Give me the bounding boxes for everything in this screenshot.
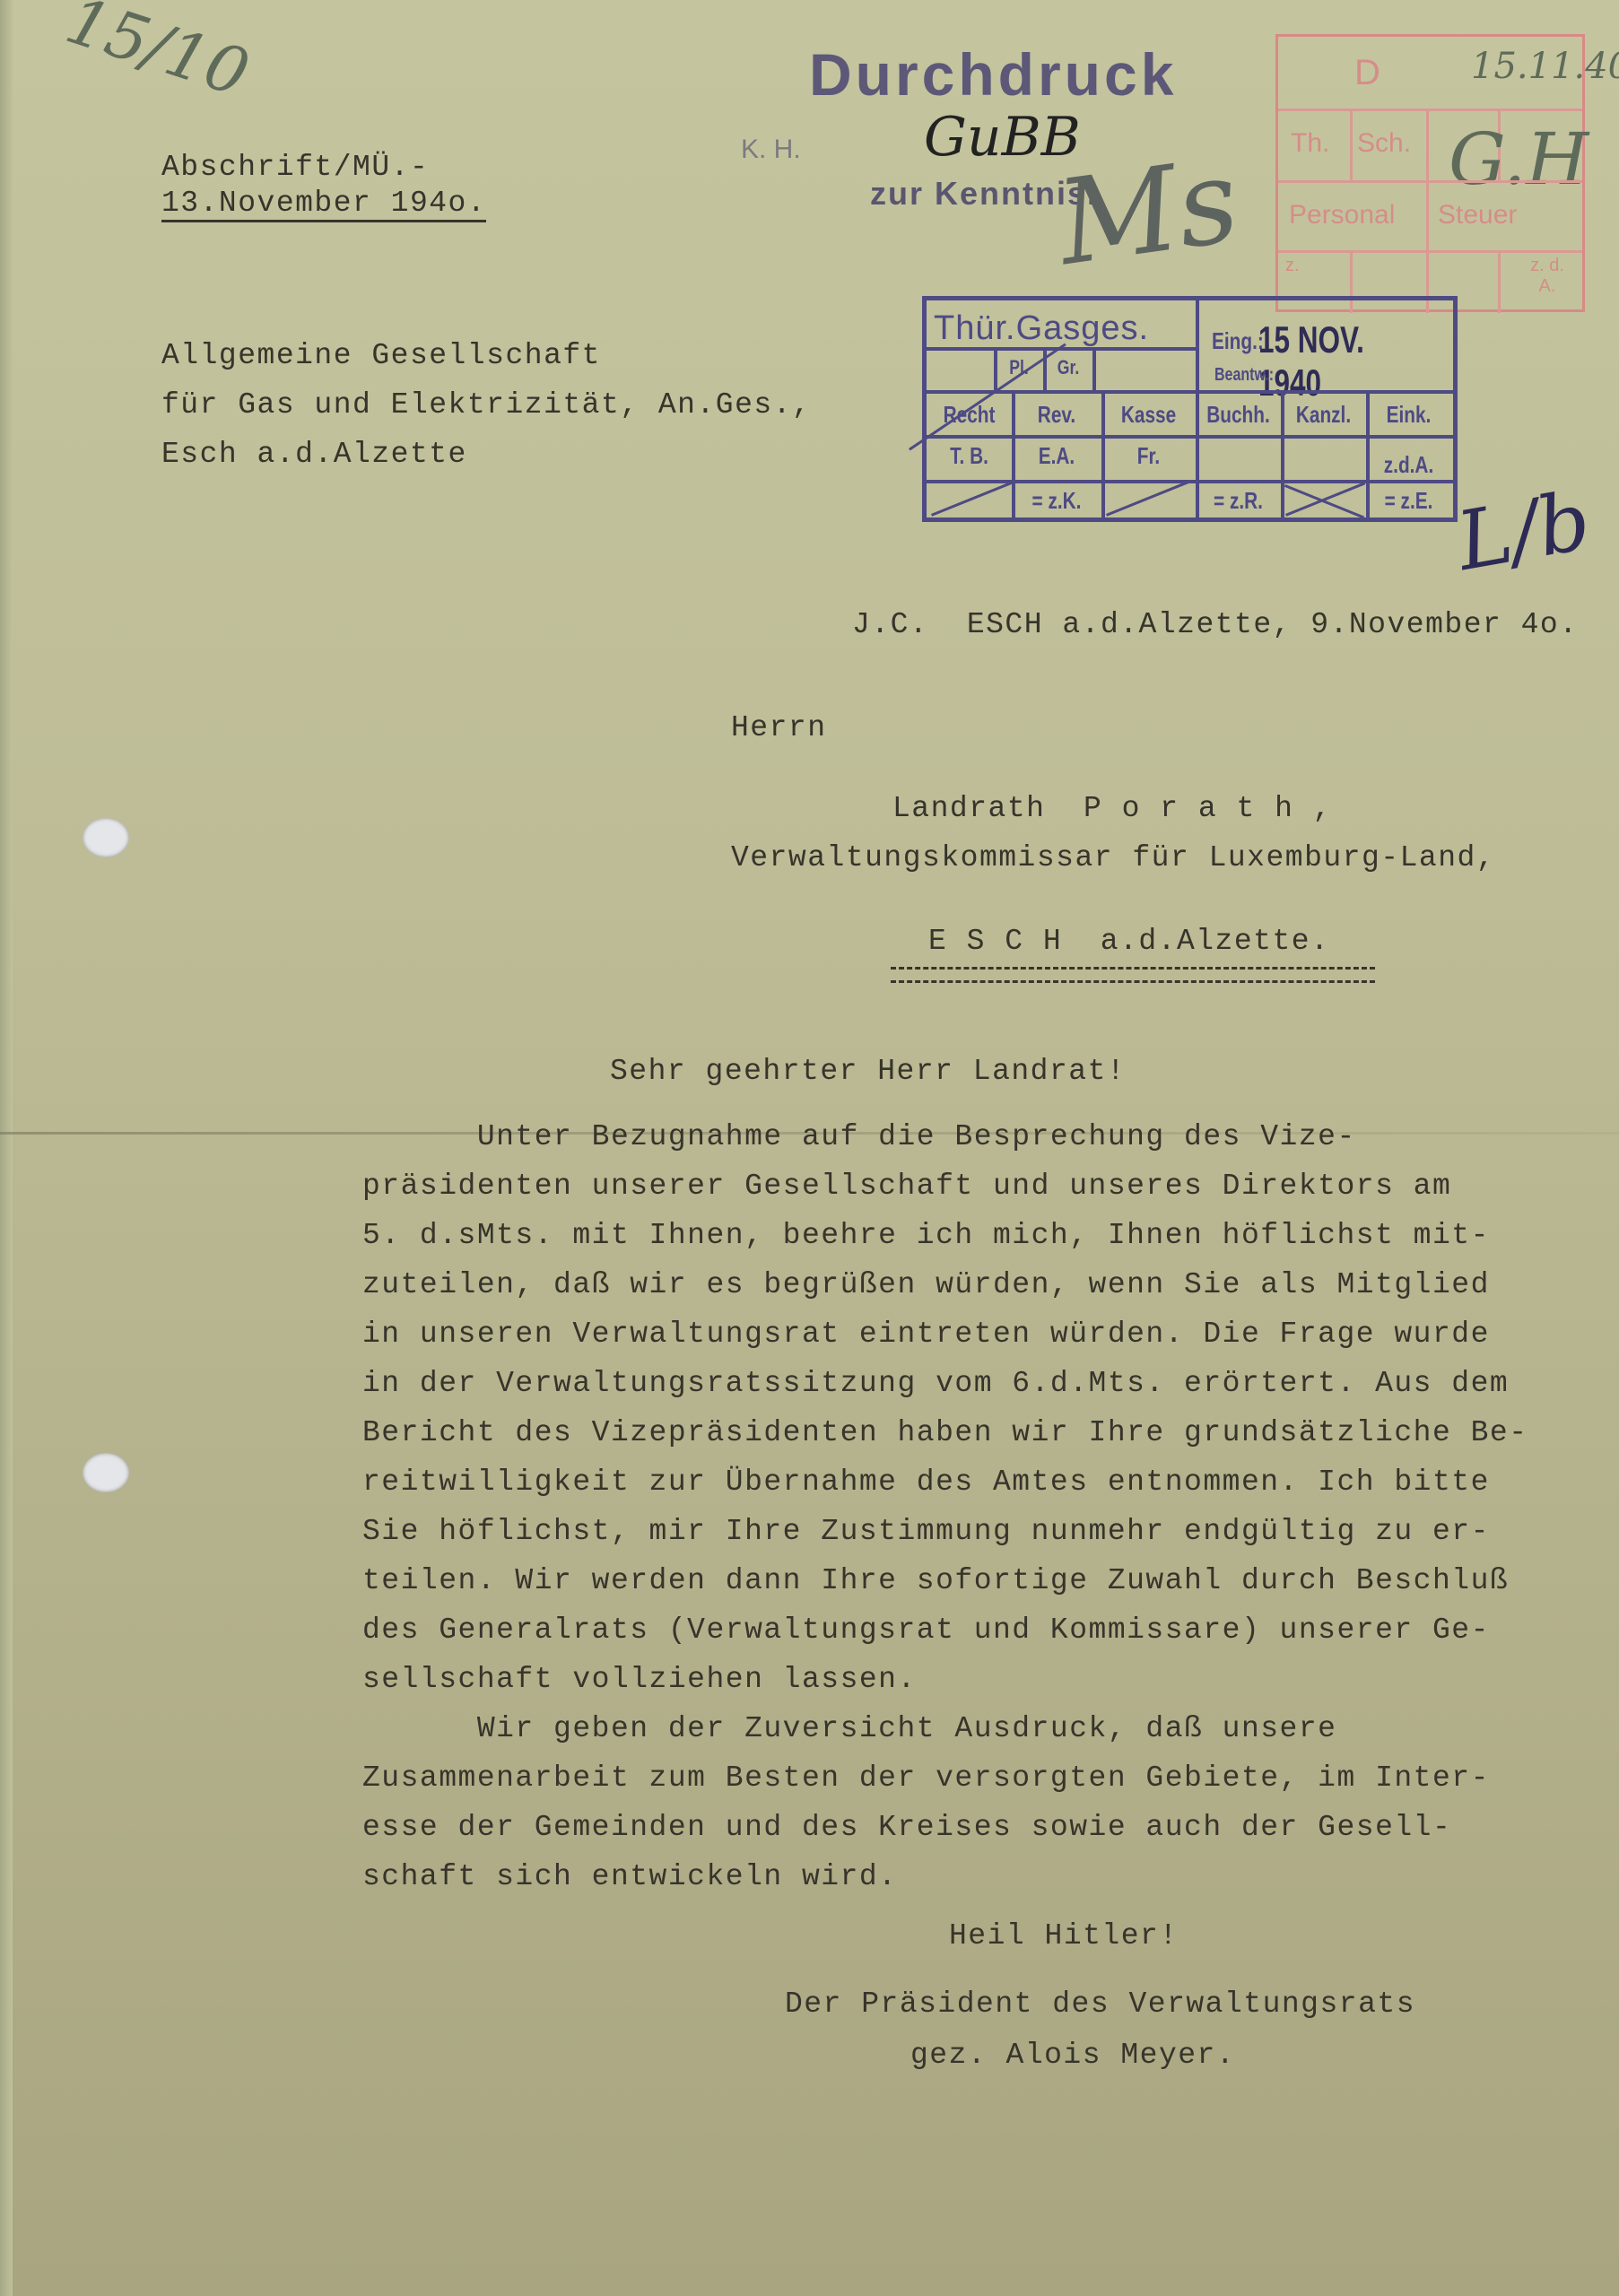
receipt-sub-fr: Fr. xyxy=(1111,442,1187,470)
body-line: reitwilligkeit zur Übernahme des Amtes e… xyxy=(362,1457,1591,1507)
recipient-salutation: Herrn xyxy=(731,713,827,743)
body-line: Bericht des Vizepräsidenten haben wir Ih… xyxy=(362,1408,1591,1457)
body-line: Wir geben der Zuversicht Ausdruck, daß u… xyxy=(362,1704,1591,1753)
dateline: J.C. ESCH a.d.Alzette, 9.November 4o. xyxy=(852,610,1579,639)
paper-edge xyxy=(0,0,13,2296)
body-line: esse der Gemeinden und des Kreises sowie… xyxy=(362,1803,1591,1852)
receipt-dept-kasse: Kasse xyxy=(1111,401,1187,429)
body-line: teilen. Wir werden dann Ihre sofortige Z… xyxy=(362,1556,1591,1605)
pencil-signoff: Ms xyxy=(1049,132,1246,291)
receipt-route-ze: = z.E. xyxy=(1375,487,1443,515)
red-stamp-cell-z: z. xyxy=(1285,256,1300,276)
body-line: 5. d.sMts. mit Ihnen, beehre ich mich, I… xyxy=(362,1211,1591,1260)
receipt-dept-buchh: Buchh. xyxy=(1205,401,1273,429)
red-stamp-cell-zda: z. d. A. xyxy=(1520,256,1574,297)
address-double-underline xyxy=(891,967,1375,983)
red-stamp-cell-th: Th. xyxy=(1291,128,1329,159)
signature: gez. Alois Meyer. xyxy=(910,2040,1235,2070)
carbon-copy-stamp-title: Durchdruck xyxy=(809,40,1177,109)
body-line: Unter Bezugnahme auf die Besprechung des… xyxy=(362,1112,1591,1161)
body-line: sellschaft vollziehen lassen. xyxy=(362,1655,1591,1704)
pencil-initials: G.H xyxy=(1449,117,1589,201)
receipt-stamp: Thür.Gasges. Eing.: 15 NOV. 1940 Beantw.… xyxy=(922,296,1458,522)
red-registry-stamp: D 15.11.40 Th. Sch. G.H Personal Steuer … xyxy=(1275,34,1585,312)
receipt-route-zr: = z.R. xyxy=(1205,487,1273,515)
receipt-sub-zda: z.d.A. xyxy=(1375,451,1443,479)
sender-line-1: Allgemeine Gesellschaft xyxy=(161,341,601,370)
pencil-date: 15.11.40 xyxy=(1471,46,1619,87)
sender-line-3: Esch a.d.Alzette xyxy=(161,439,467,469)
kh-label: K. H. xyxy=(741,135,801,165)
ink-margin-note: L/b xyxy=(1450,474,1597,589)
receipt-dept-kanzl: Kanzl. xyxy=(1290,401,1358,429)
receipt-answered-label: Beantw.: xyxy=(1214,365,1293,386)
receipt-dept-eink: Eink. xyxy=(1375,401,1443,429)
sender-line-2: für Gas und Elektrizität, An.Ges., xyxy=(161,390,811,420)
receipt-route-zk: = z.K. xyxy=(1021,487,1092,515)
receipt-sub-ea: E.A. xyxy=(1021,442,1092,470)
greeting: Sehr geehrter Herr Landrat! xyxy=(610,1057,1126,1086)
body-line: zuteilen, daß wir es begrüßen würden, we… xyxy=(362,1260,1591,1309)
red-stamp-top-label: D xyxy=(1354,53,1380,93)
punch-hole-top xyxy=(83,818,129,857)
red-stamp-cell-sch: Sch. xyxy=(1357,128,1411,159)
body-line: Zusammenarbeit zum Besten der versorgten… xyxy=(362,1753,1591,1803)
copy-date: 13.November 194o. xyxy=(161,188,486,222)
body-line: des Generalrats (Verwaltungsrat und Komm… xyxy=(362,1605,1591,1655)
body-line: in der Verwaltungsratssitzung vom 6.d.Mt… xyxy=(362,1359,1591,1408)
body-line: Sie höflichst, mir Ihre Zustimmung nunme… xyxy=(362,1507,1591,1556)
body-line: präsidenten unserer Gesellschaft und uns… xyxy=(362,1161,1591,1211)
receipt-dept-rev: Rev. xyxy=(1021,401,1092,429)
punch-hole-bottom xyxy=(83,1453,129,1492)
recipient-name: Landrath P o r a t h , xyxy=(892,794,1332,823)
recipient-city: E S C H a.d.Alzette. xyxy=(928,926,1329,956)
body-line: schaft sich entwickeln wird. xyxy=(362,1852,1591,1901)
receipt-sub-tb: T. B. xyxy=(936,442,1004,470)
red-stamp-cell-steuer: Steuer xyxy=(1438,200,1517,230)
receipt-cell-gr: Gr. xyxy=(1050,356,1086,379)
receipt-stamp-org: Thür.Gasges. xyxy=(934,309,1194,348)
body-paragraph-1: Unter Bezugnahme auf die Besprechung des… xyxy=(362,1112,1591,1704)
body-paragraph-2: Wir geben der Zuversicht Ausdruck, daß u… xyxy=(362,1704,1591,1901)
copy-label: Abschrift/MÜ.- xyxy=(161,152,429,182)
recipient-title: Verwaltungskommissar für Luxemburg-Land, xyxy=(731,843,1495,873)
closing-salute: Heil Hitler! xyxy=(949,1921,1179,1951)
body-line: in unseren Verwaltungsrat eintreten würd… xyxy=(362,1309,1591,1359)
folio-number-annotation: 15/10 xyxy=(57,0,257,111)
red-stamp-cell-personal: Personal xyxy=(1289,200,1395,230)
signatory-title: Der Präsident des Verwaltungsrats xyxy=(785,1989,1415,2019)
